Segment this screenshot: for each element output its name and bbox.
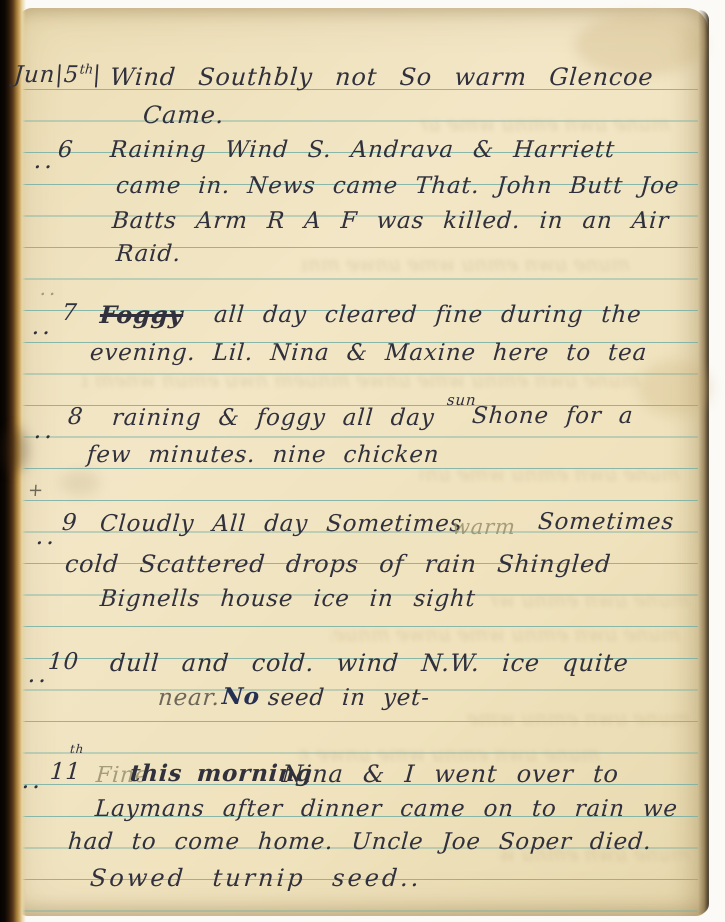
entry-line: Cloudly All day Sometimes <box>99 511 463 537</box>
faint-word: near. <box>157 685 221 711</box>
entry-date-month: Jun| <box>13 62 65 88</box>
overwritten-word-navy: No <box>221 683 261 710</box>
entry-line: Shone for a <box>471 403 634 429</box>
entry-line: Wind Southbly not So warm Glencoe <box>109 63 654 91</box>
entry-line: Raining Wind S. Andrava & Harriett <box>109 137 616 163</box>
entry-line: Came. <box>142 101 225 129</box>
entry-day-number: 11 <box>49 759 82 785</box>
entry-day-number: 8 <box>67 404 84 430</box>
entry-line: Batts Arm R A F was killed. in an Air <box>111 208 670 234</box>
scanned-diary-page: mune uwn emnu wme unwe mnuem nwu emun wn… <box>0 0 725 922</box>
entry-line: Nina & I went over to <box>281 760 620 788</box>
entry-line: Laymans after dinner came on to rain we <box>94 796 679 822</box>
ditto-mark: .. <box>35 522 58 550</box>
entry-day-number: 7 <box>61 300 78 326</box>
entry-line: had to come home. Uncle Joe Soper died. <box>67 829 652 855</box>
entry-line: Raid. <box>115 241 182 267</box>
ditto-mark: .. <box>31 312 54 340</box>
entry-day-number: 9 <box>61 510 78 536</box>
entry-word-overwritten: Foggy <box>99 300 184 329</box>
entry-date-day: 5 <box>63 62 80 88</box>
entry-date-bracket: | <box>92 62 102 88</box>
faint-pencil-word: warm <box>451 515 516 539</box>
ditto-mark: .. <box>33 146 56 174</box>
faint-ditto-mark: .. <box>39 276 59 300</box>
entry-line: Sometimes <box>537 509 675 535</box>
stray-cross-mark: + <box>27 480 44 501</box>
entry-line: raining & foggy all day <box>111 405 435 431</box>
entry-line: seed in yet- <box>267 685 431 711</box>
handwriting-layer: Jun|5th| Wind Southbly not So warm Glenc… <box>0 0 725 922</box>
day-ordinal-mark: th <box>70 742 85 756</box>
ditto-mark: .. <box>21 766 44 794</box>
entry-line: Sowed turnip seed.. <box>89 864 423 892</box>
entry-day-number: 10 <box>47 649 80 675</box>
entry-line: all day cleared fine during the <box>213 302 642 328</box>
entry-date: Jun|5th| <box>13 62 102 88</box>
entry-line: came in. News came That. John Butt Joe <box>115 173 680 199</box>
entry-line: Bignells house ice in sight <box>99 586 476 612</box>
entry-day-number: 6 <box>57 137 74 163</box>
entry-line: dull and cold. wind N.W. ice quite <box>109 649 630 677</box>
entry-date-ordinal: th <box>79 62 94 77</box>
ditto-mark: .. <box>33 416 56 444</box>
entry-line: cold Scattered drops of rain Shingled <box>64 550 612 578</box>
entry-line: few minutes. nine chicken <box>86 442 440 468</box>
entry-line: evening. Lil. Nina & Maxine here to tea <box>89 340 648 366</box>
